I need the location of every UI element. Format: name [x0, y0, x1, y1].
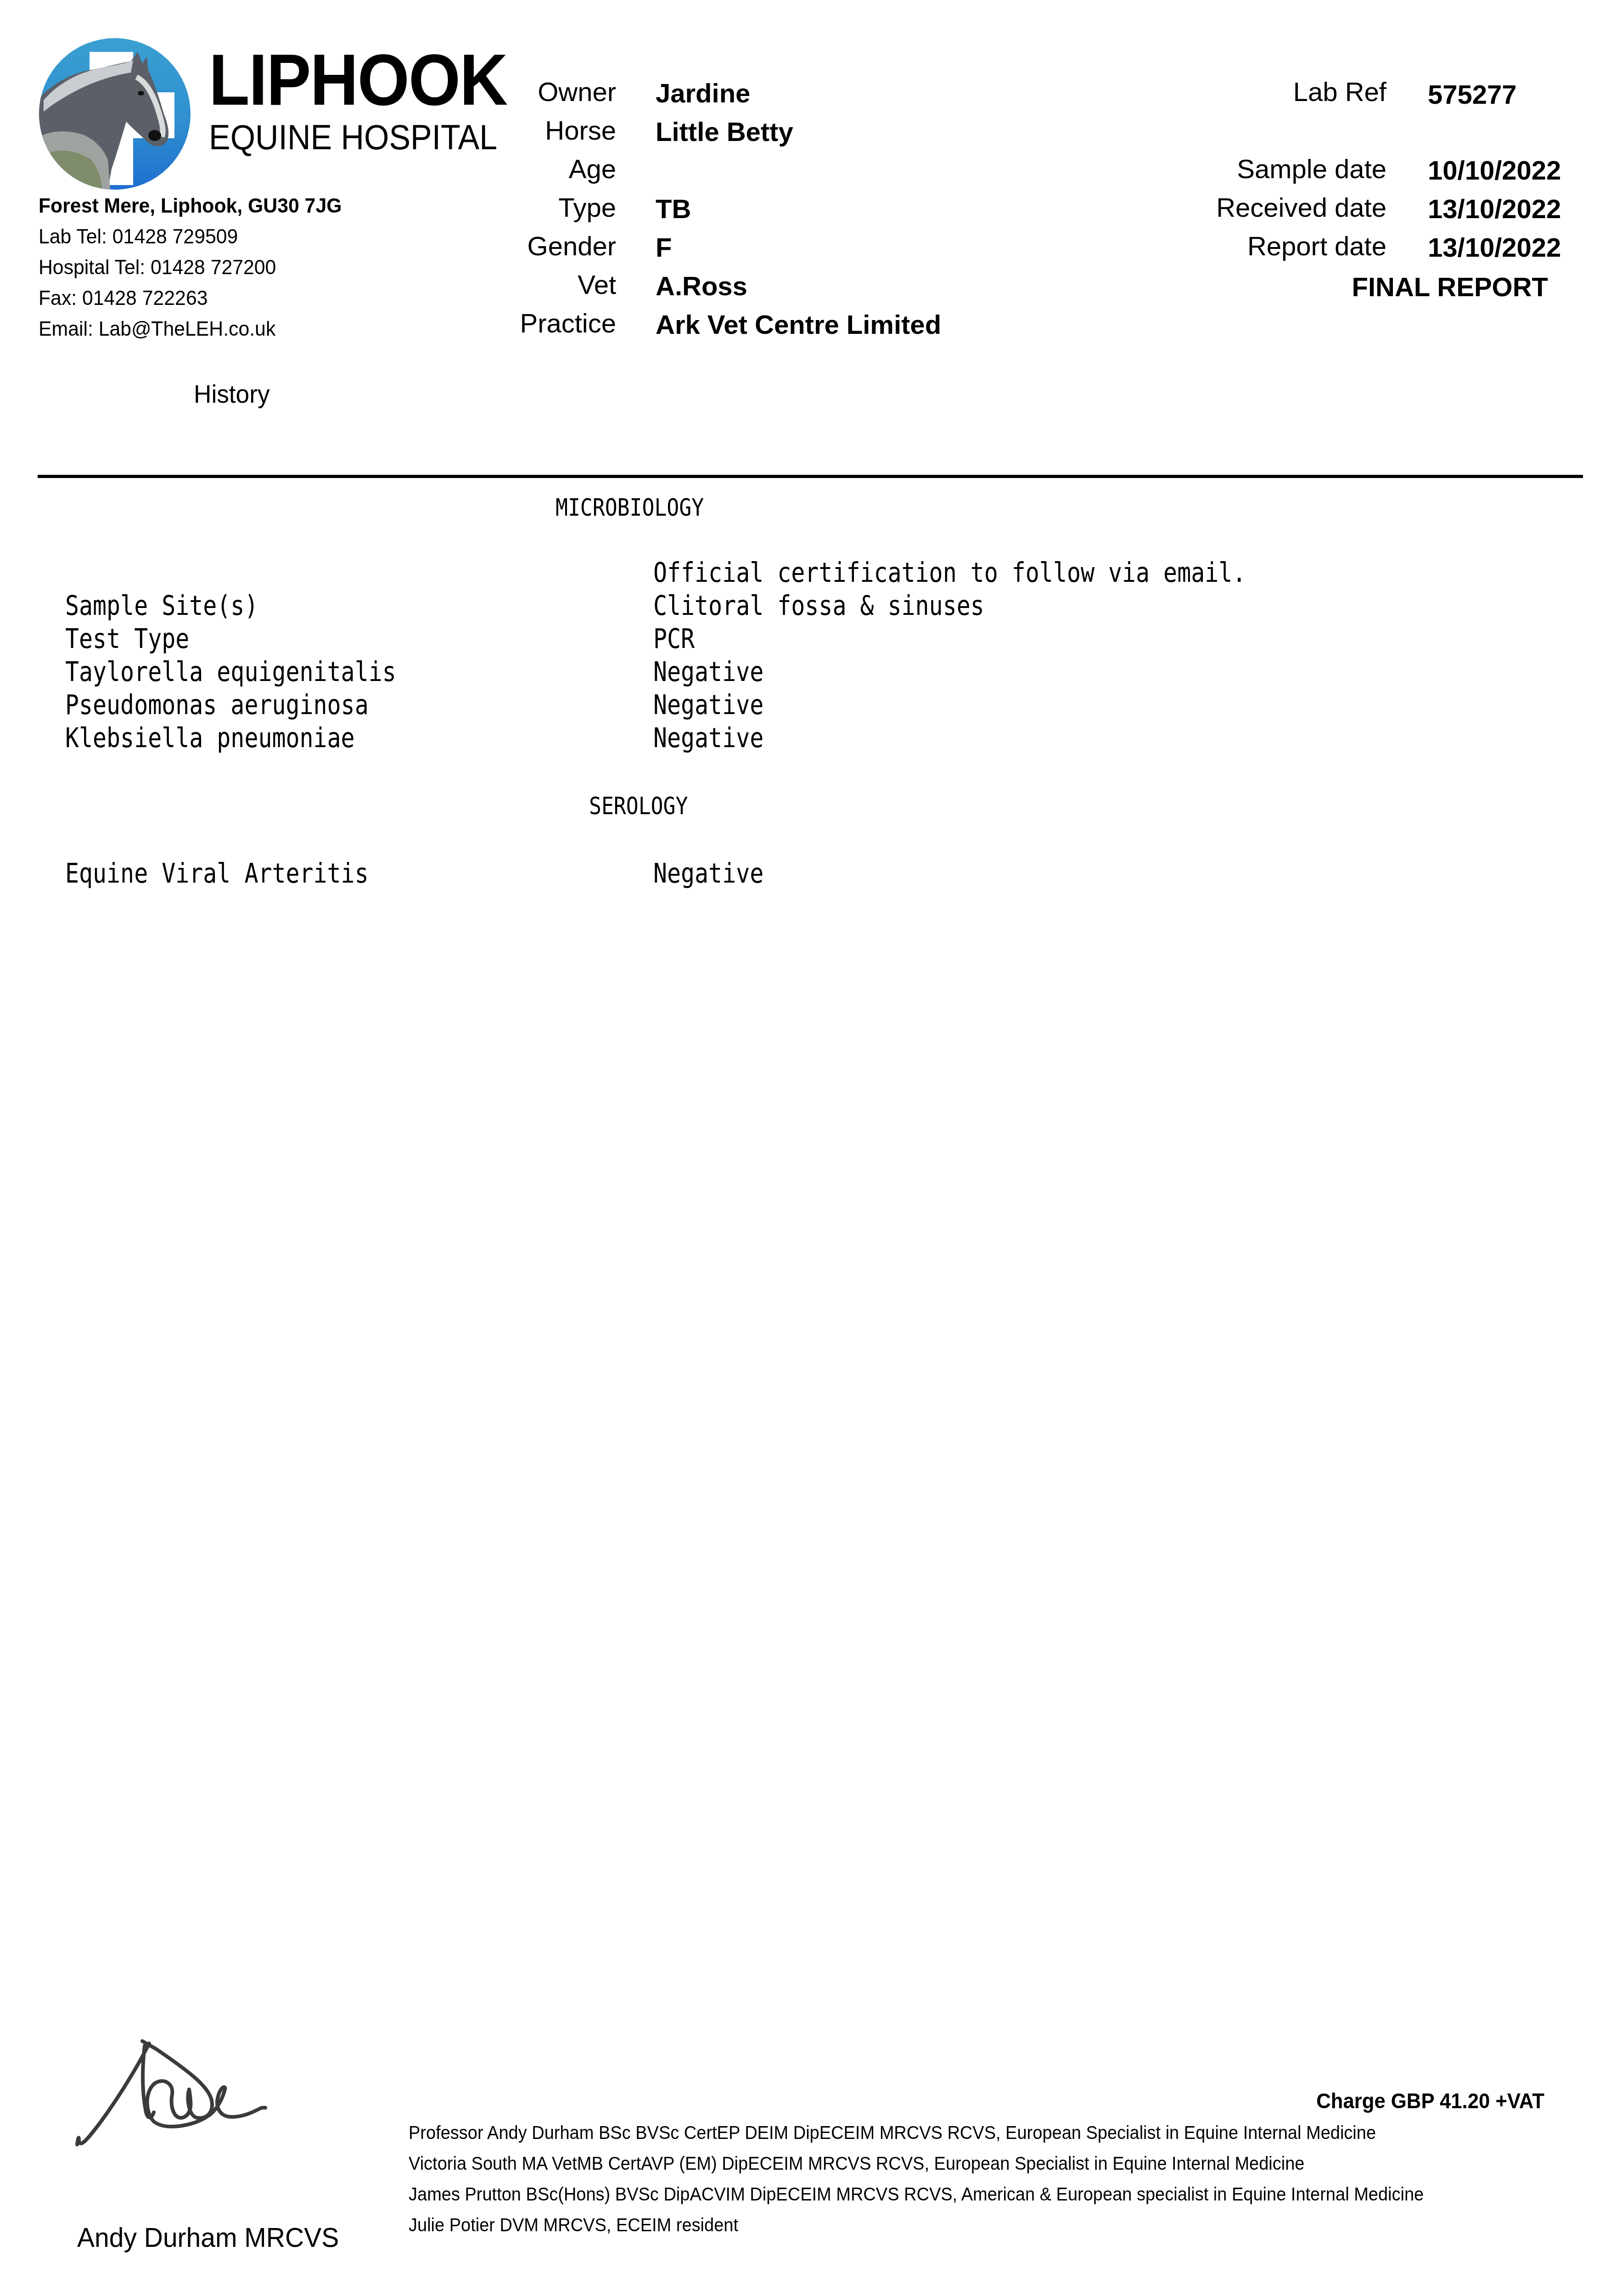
report-date-value: 13/10/2022	[1428, 235, 1561, 261]
result-label: Test Type	[65, 625, 189, 652]
signature-icon	[69, 2039, 326, 2167]
brand-subtitle: EQUINE HOSPITAL	[209, 120, 497, 155]
staff-line: Victoria South MA VetMB CertAVP (EM) Dip…	[409, 2155, 1304, 2173]
microbiology-heading: MICROBIOLOGY	[556, 496, 704, 520]
gender-label: Gender	[528, 233, 616, 260]
fax: Fax: 01428 722263	[39, 287, 208, 308]
report-date-label: Report date	[1247, 233, 1386, 260]
result-value: Negative	[653, 658, 763, 685]
horse-value: Little Betty	[656, 119, 793, 146]
report-status: FINAL REPORT	[1352, 272, 1549, 303]
result-value: Negative	[653, 725, 763, 751]
type-label: Type	[558, 195, 616, 221]
owner-value: Jardine	[656, 80, 750, 107]
result-value: Negative	[653, 860, 763, 887]
type-value: TB	[656, 196, 691, 223]
sample-date-label: Sample date	[1237, 156, 1386, 183]
charge-amount: Charge GBP 41.20 +VAT	[1316, 2088, 1544, 2113]
lab-ref-value: 575277	[1428, 82, 1517, 108]
result-value: Negative	[653, 692, 763, 718]
staff-line: Professor Andy Durham BSc BVSc CertEP DE…	[409, 2124, 1376, 2142]
result-label: Pseudomonas aeruginosa	[65, 692, 369, 718]
brand-title: LIPHOOK	[209, 44, 507, 116]
vet-label: Vet	[578, 272, 616, 298]
age-label: Age	[569, 156, 616, 183]
lab-tel: Lab Tel: 01428 729509	[39, 226, 238, 247]
result-label: Equine Viral Arteritis	[65, 860, 369, 887]
practice-label: Practice	[520, 310, 616, 337]
hospital-logo	[39, 38, 191, 190]
signer-name: Andy Durham MRCVS	[77, 2222, 339, 2253]
result-value: PCR	[653, 625, 695, 652]
sample-date-value: 10/10/2022	[1428, 158, 1561, 184]
divider-rule	[38, 475, 1583, 478]
horse-label: Horse	[545, 118, 616, 144]
vet-value: A.Ross	[656, 273, 747, 300]
practice-value: Ark Vet Centre Limited	[656, 312, 941, 338]
history-label: History	[194, 379, 270, 409]
received-date-value: 13/10/2022	[1428, 196, 1561, 223]
address: Forest Mere, Liphook, GU30 7JG	[39, 195, 342, 216]
hospital-tel: Hospital Tel: 01428 727200	[39, 257, 276, 277]
staff-line: James Prutton BSc(Hons) BVSc DipACVIM Di…	[409, 2185, 1424, 2204]
email-link[interactable]: Email: Lab@TheLEH.co.uk	[39, 318, 275, 339]
result-label: Sample Site(s)	[65, 592, 258, 619]
gender-value: F	[656, 235, 672, 261]
horse-head-icon	[39, 38, 191, 190]
result-label: Taylorella equigenitalis	[65, 658, 396, 685]
certification-note: Official certification to follow via ema…	[653, 559, 1246, 586]
lab-ref-label: Lab Ref	[1293, 79, 1386, 106]
result-value: Clitoral fossa & sinuses	[653, 592, 984, 619]
serology-heading: SEROLOGY	[589, 794, 688, 818]
staff-line: Julie Potier DVM MRCVS, ECEIM resident	[409, 2216, 738, 2234]
received-date-label: Received date	[1216, 195, 1386, 221]
result-label: Klebsiella pneumoniae	[65, 725, 355, 751]
owner-label: Owner	[538, 79, 616, 106]
